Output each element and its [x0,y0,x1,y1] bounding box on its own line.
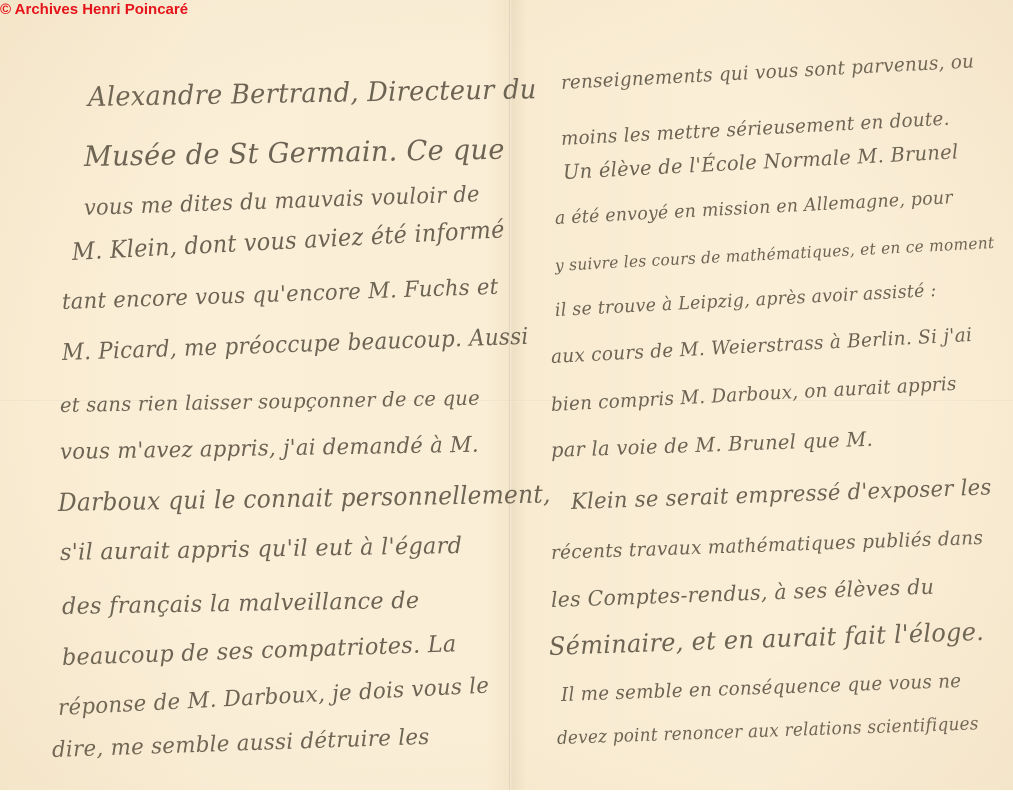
handwritten-line: Darboux qui le connait personnellement, [58,479,551,517]
handwritten-line: M. Klein, dont vous aviez été informé [71,215,505,266]
handwritten-line: a été envoyé en mission en Allemagne, po… [554,187,953,229]
handwritten-line: aux cours de M. Weierstrass à Berlin. Si… [550,324,972,368]
handwritten-line: s'il aurait appris qu'il eut à l'égard [60,533,463,566]
handwritten-line: réponse de M. Darboux, je dois vous le [57,673,490,721]
handwritten-line: et sans rien laisser soupçonner de ce qu… [60,386,480,417]
left-page: Alexandre Bertrand, Directeur du Musée d… [0,0,509,790]
handwritten-line: beaucoup de ses compatriotes. La [62,631,457,671]
handwritten-line: il se trouve à Leipzig, après avoir assi… [554,280,937,321]
right-page: renseignements qui vous sont parvenus, o… [511,0,1013,790]
handwritten-line: M. Picard, me préoccupe beaucoup. Aussi [62,324,529,366]
handwritten-line: Musée de St Germain. Ce que [84,133,505,173]
handwritten-line: récents travaux mathématiques publiés da… [551,527,984,564]
handwritten-line: renseignements qui vous sont parvenus, o… [560,50,974,94]
handwritten-line: tant encore vous qu'encore M. Fuchs et [62,275,499,315]
copyright-watermark: © Archives Henri Poincaré [0,0,188,20]
handwritten-line: vous m'avez appris, j'ai demandé à M. [60,433,479,465]
handwritten-line: Alexandre Bertrand, Directeur du [88,74,537,113]
handwritten-line: les Comptes-rendus, à ses élèves du [551,575,935,612]
letter-scan: © Archives Henri Poincaré Alexandre Bert… [0,0,1013,790]
handwritten-line: par la voie de M. Brunel que M. [551,427,874,462]
handwritten-line: bien compris M. Darboux, on aurait appri… [550,373,957,416]
handwritten-line: vous me dites du mauvais vouloir de [84,182,481,221]
handwritten-line: des français la malveillance de [62,588,420,620]
handwritten-line: Il me semble en conséquence que vous ne [561,670,962,706]
handwritten-line: y suivre les cours de mathématiques, et … [555,233,995,275]
scan-bottom-margin [0,790,1013,800]
handwritten-line: Klein se serait empressé d'exposer les [571,475,992,515]
handwritten-line: devez point renoncer aux relations scien… [557,713,979,749]
handwritten-line: Séminaire, et en aurait fait l'éloge. [548,617,984,661]
handwritten-line: dire, me semble aussi détruire les [52,725,430,763]
